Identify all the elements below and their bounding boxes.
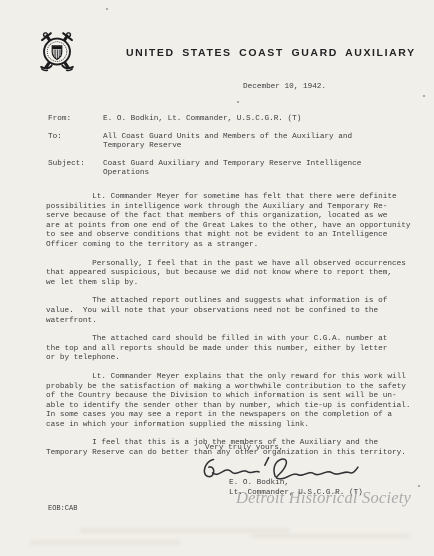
paragraph: Lt. Commander Meyer explains that the on… xyxy=(46,373,418,431)
paper-speck xyxy=(106,8,108,10)
subject-row: Subject: Coast Guard Auxiliary and Tempo… xyxy=(48,160,408,179)
from-label: From: xyxy=(48,115,103,125)
paper-speck xyxy=(237,101,239,103)
subject-label: Subject: xyxy=(48,160,103,179)
paper-smudge xyxy=(250,534,410,538)
date-line: December 10, 1942. xyxy=(243,83,326,93)
paragraph: Personally, I feel that in the past we h… xyxy=(46,260,418,289)
subject-value: Coast Guard Auxiliary and Temporary Rese… xyxy=(103,160,408,179)
letter-document: UNITED STATES COAST GUARD AUXILIARY Dece… xyxy=(0,0,434,556)
letter-body: Lt. Commander Meyer for sometime has fel… xyxy=(46,193,418,468)
coast-guard-seal-icon xyxy=(33,28,81,78)
paragraph: Lt. Commander Meyer for sometime has fel… xyxy=(46,193,418,251)
paragraph: The attached card should be filled in wi… xyxy=(46,335,418,364)
paper-speck xyxy=(418,485,420,487)
from-row: From: E. O. Bodkin, Lt. Commander, U.S.C… xyxy=(48,115,408,125)
to-label: To: xyxy=(48,133,103,152)
paragraph: The attached report outlines and suggest… xyxy=(46,297,418,326)
to-row: To: All Coast Guard Units and Members of… xyxy=(48,133,408,152)
watermark: Detroit Historical Society xyxy=(236,488,431,508)
letterhead-title: UNITED STATES COAST GUARD AUXILIARY xyxy=(126,47,416,59)
reference-initials: EOB:CAB xyxy=(48,505,77,515)
paper-smudge xyxy=(30,540,180,545)
memo-header: From: E. O. Bodkin, Lt. Commander, U.S.C… xyxy=(48,115,408,187)
from-value: E. O. Bodkin, Lt. Commander, U.S.C.G.R. … xyxy=(103,115,408,125)
paper-smudge xyxy=(80,528,290,533)
paper-speck xyxy=(423,95,425,97)
to-value: All Coast Guard Units and Members of the… xyxy=(103,133,408,152)
